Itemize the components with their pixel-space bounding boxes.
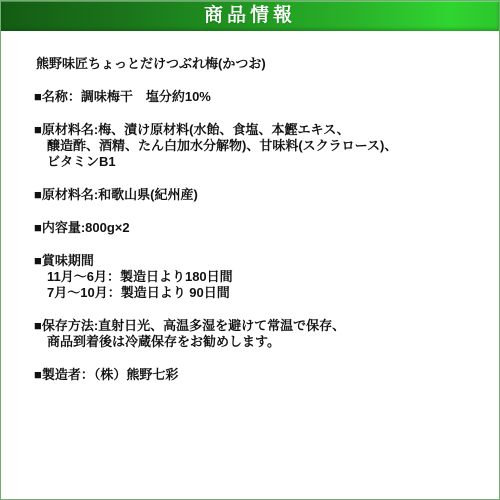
header-bar: 商品情報 [1, 1, 499, 31]
name-text: ■名称：調味梅干 塩分約10% [34, 89, 481, 105]
manufacturer-text: ■製造者：（株）熊野七彩 [34, 367, 481, 383]
section-manufacturer: ■製造者：（株）熊野七彩 [34, 367, 481, 383]
storage-line-2: 商品到着後は冷蔵保存をお勧めします。 [34, 334, 481, 350]
origin-text: ■原材料名:和歌山県(紀州産) [34, 187, 481, 203]
storage-line-1: ■保存方法:直射日光、高温多湿を避けて常温で保存、 [34, 318, 481, 334]
page-title: 商品情報 [204, 1, 296, 31]
section-volume: ■内容量:800g×2 [34, 220, 481, 236]
shelf-life-winter: 11月～6月：製造日より180日間 [34, 269, 481, 285]
section-name: ■名称：調味梅干 塩分約10% [34, 89, 481, 105]
ingredients-line-1: ■原材料名:梅、漬け原材料(水飴、食塩、本鰹エキス、 [34, 122, 481, 138]
product-info-panel: 熊野味匠ちょっとだけつぶれ梅(かつお) ■名称：調味梅干 塩分約10% ■原材料… [1, 31, 499, 383]
product-info-page: 商品情報 熊野味匠ちょっとだけつぶれ梅(かつお) ■名称：調味梅干 塩分約10%… [0, 0, 500, 500]
shelf-life-heading: ■賞味期間 [34, 253, 481, 269]
section-storage: ■保存方法:直射日光、高温多湿を避けて常温で保存、 商品到着後は冷蔵保存をお勧め… [34, 318, 481, 350]
section-origin: ■原材料名:和歌山県(紀州産) [34, 187, 481, 203]
section-ingredients: ■原材料名:梅、漬け原材料(水飴、食塩、本鰹エキス、 醸造酢、酒精、たん白加水分… [34, 122, 481, 170]
ingredients-line-3: ビタミンB1 [34, 154, 481, 170]
volume-text: ■内容量:800g×2 [34, 220, 481, 236]
ingredients-line-2: 醸造酢、酒精、たん白加水分解物)、甘味料(スクラロース)、 [34, 138, 481, 154]
product-name-text: 熊野味匠ちょっとだけつぶれ梅(かつお) [36, 56, 481, 72]
section-shelf-life: ■賞味期間 11月～6月：製造日より180日間 7月～10月：製造日より 90日… [34, 253, 481, 301]
shelf-life-summer: 7月～10月：製造日より 90日間 [34, 285, 481, 301]
product-name: 熊野味匠ちょっとだけつぶれ梅(かつお) [34, 56, 481, 72]
